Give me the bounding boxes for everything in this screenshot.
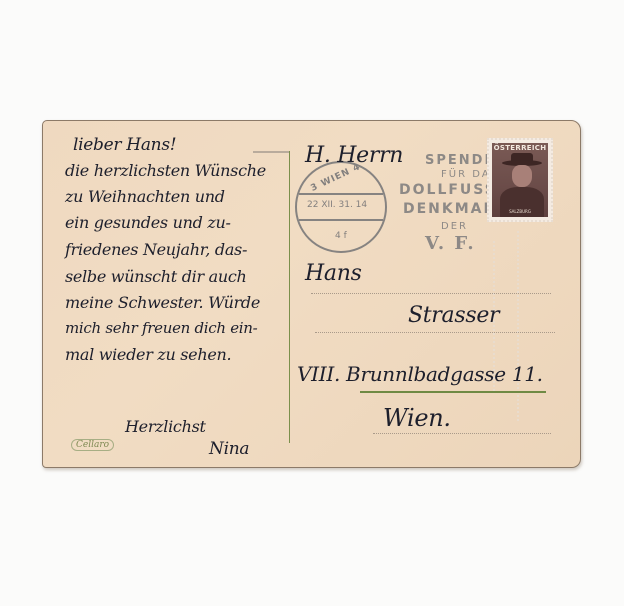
address-first-name: Hans xyxy=(305,261,362,286)
signature: Nina xyxy=(209,439,249,459)
stamp-country: ÖSTERREICH xyxy=(492,144,548,152)
postcard: lieber Hans! die herzlichsten Wünsche zu… xyxy=(42,120,581,468)
message-line: friedenes Neujahr, das- xyxy=(65,240,247,259)
center-divider xyxy=(289,151,290,443)
address-line xyxy=(315,332,555,333)
address-street: VIII. Brunnlbadgasse 11. xyxy=(297,362,543,386)
address-line xyxy=(311,293,551,294)
postmark-bar xyxy=(299,193,383,195)
postmark-bar xyxy=(299,219,383,221)
message-line: ein gesundes und zu- xyxy=(65,213,231,232)
address-salutation: H. Herrn xyxy=(305,143,403,168)
address-line xyxy=(373,433,551,434)
postmark-date: 22 XII. 31. 14 xyxy=(307,200,367,210)
slogan-line: DOLLFUSS xyxy=(399,182,497,198)
message-line: mich sehr freuen dich ein- xyxy=(65,319,257,337)
postmark-code: 4 f xyxy=(335,231,347,241)
portrait-face xyxy=(512,165,532,187)
message-line: meine Schwester. Würde xyxy=(65,293,260,312)
postage-stamp: ÖSTERREICH SALZBURG xyxy=(487,138,553,222)
postmark: 3 WIEN 4 22 XII. 31. 14 4 f xyxy=(295,161,387,253)
underline xyxy=(360,391,546,393)
slogan-line: DENKMAL xyxy=(403,201,494,217)
publisher-logo: Cellaro xyxy=(71,439,114,451)
closing: Herzlichst xyxy=(125,417,206,436)
slogan-line: DER xyxy=(441,221,468,232)
message-line: lieber Hans! xyxy=(73,135,176,155)
message-line: die herzlichsten Wünsche xyxy=(65,161,266,180)
address-city: Wien. xyxy=(383,404,451,432)
message-line: zu Weihnachten und xyxy=(65,187,225,206)
address-last-name: Strasser xyxy=(408,303,499,328)
stamp-image: ÖSTERREICH SALZBURG xyxy=(492,143,548,217)
stamp-caption: SALZBURG xyxy=(492,209,548,214)
message-line: mal wieder zu sehen. xyxy=(65,345,231,364)
divider-cap xyxy=(253,151,290,153)
slogan-line: V. F. xyxy=(425,233,476,254)
message-line: selbe wünscht dir auch xyxy=(65,267,247,286)
